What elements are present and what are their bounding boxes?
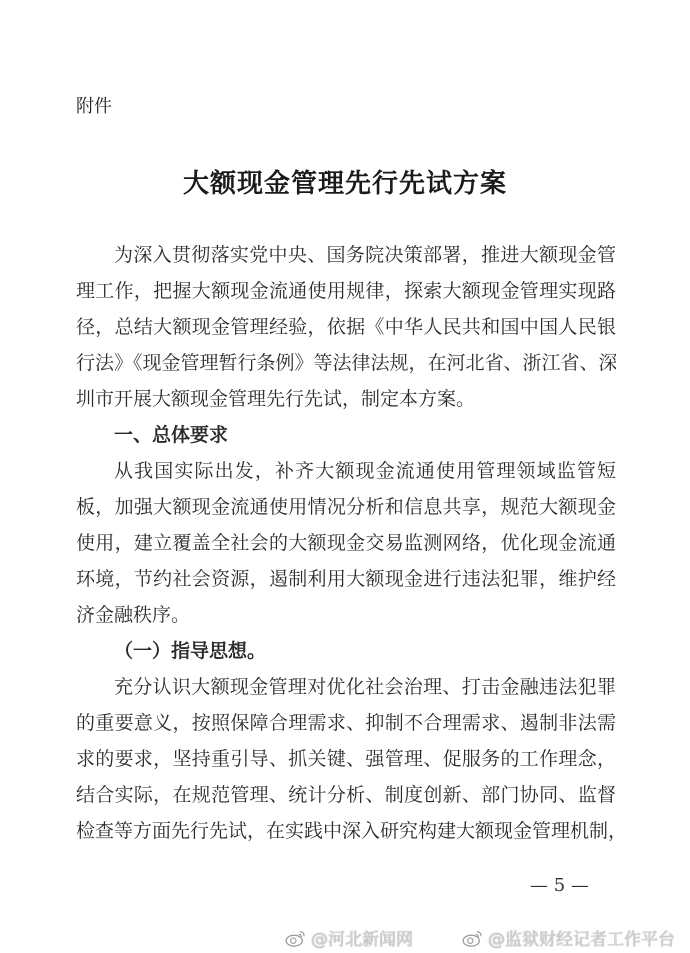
- paragraph-line: 行法》《现金管理暂行条例》等法律法规，在河北省、浙江省、深: [76, 345, 616, 381]
- paragraph-line: 结合实际，在规范管理、统计分析、制度创新、部门协同、监督: [76, 777, 616, 813]
- paragraph-line: 理工作，把握大额现金流通使用规律，探索大额现金管理实现路: [76, 273, 616, 309]
- watermark-text: @监狱财经记者工作平台: [488, 925, 675, 950]
- paragraph-line: 从我国实际出发，补齐大额现金流通使用管理领域监管短: [76, 453, 616, 489]
- paragraph-line: 检查等方面先行先试，在实践中深入研究构建大额现金管理机制，: [76, 813, 616, 849]
- paragraph-line: 的重要意义，按照保障合理需求、抑制不合理需求、遏制非法需: [76, 705, 616, 741]
- paragraph-line: 济金融秩序。: [76, 597, 616, 633]
- paragraph-line: 圳市开展大额现金管理先行先试，制定本方案。: [76, 381, 616, 417]
- watermark: @河北新闻网: [285, 925, 413, 950]
- paragraph-line: 充分认识大额现金管理对优化社会治理、打击金融违法犯罪: [76, 669, 616, 705]
- document-title: 大额现金管理先行先试方案: [0, 163, 690, 200]
- paragraph-line: 为深入贯彻落实党中央、国务院决策部署，推进大额现金管: [76, 237, 616, 273]
- paragraph-line: 环境，节约社会资源，遏制利用大额现金进行违法犯罪，维护经: [76, 561, 616, 597]
- document-body: 为深入贯彻落实党中央、国务院决策部署，推进大额现金管 理工作，把握大额现金流通使…: [76, 237, 616, 849]
- paragraph-line: 径，总结大额现金管理经验，依据《中华人民共和国中国人民银: [76, 309, 616, 345]
- watermark: @监狱财经记者工作平台: [462, 925, 675, 950]
- weibo-icon: [462, 929, 484, 947]
- paragraph-line: 求的要求，坚持重引导、抓关键、强管理、促服务的工作理念，: [76, 741, 616, 777]
- subsection-heading: （一）指导思想。: [76, 633, 616, 669]
- section-heading: 一、总体要求: [76, 417, 616, 453]
- watermark-text: @河北新闻网: [311, 925, 413, 950]
- attachment-label: 附件: [76, 92, 112, 118]
- paragraph-line: 使用，建立覆盖全社会的大额现金交易监测网络，优化现金流通: [76, 525, 616, 561]
- paragraph-line: 板，加强大额现金流通使用情况分析和信息共享，规范大额现金: [76, 489, 616, 525]
- page-number: — 5 —: [530, 875, 589, 896]
- weibo-icon: [285, 929, 307, 947]
